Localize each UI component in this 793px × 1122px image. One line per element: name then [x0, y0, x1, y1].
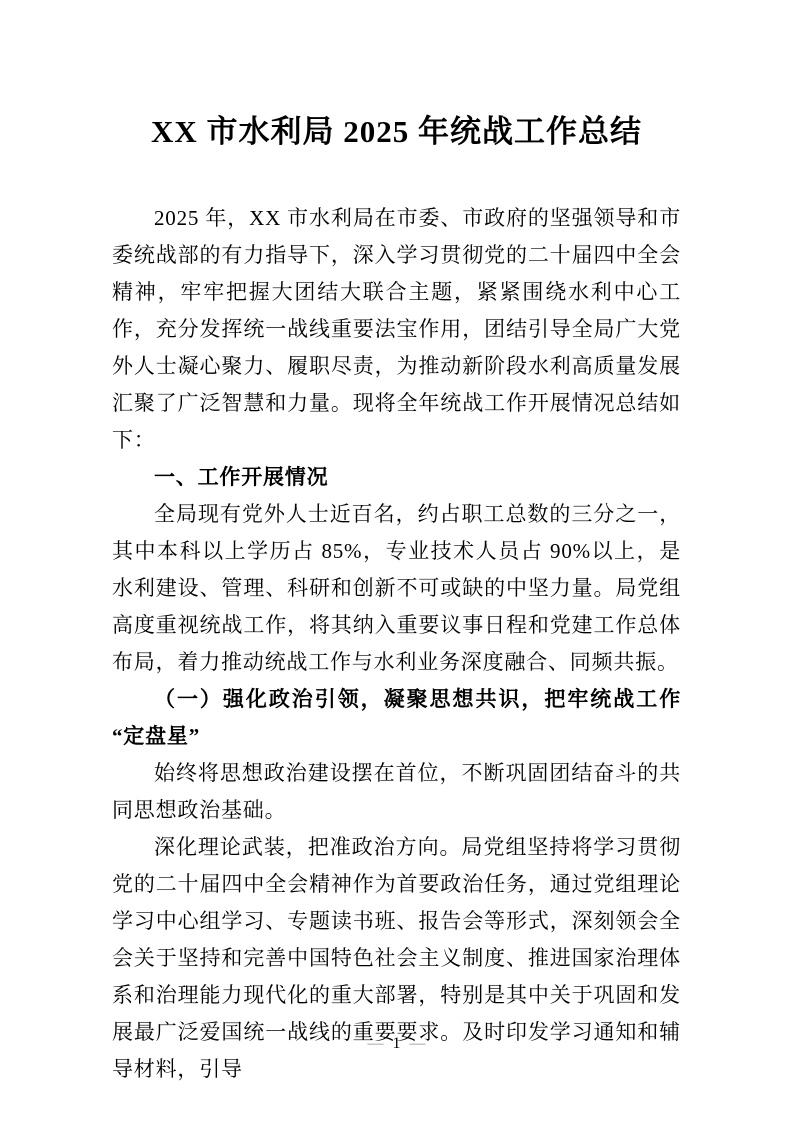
- footer-dash-left: —: [368, 1035, 384, 1052]
- paragraph-overview: 全局现有党外人士近百名，约占职工总数的三分之一，其中本科以上学历占 85%，专业…: [112, 496, 681, 681]
- document-title: XX 市水利局 2025 年统战工作总结: [112, 108, 681, 156]
- document-body: 2025 年，XX 市水利局在市委、市政府的坚强领导和市委统战部的有力指导下，深…: [112, 200, 681, 1088]
- document-page: XX 市水利局 2025 年统战工作总结 2025 年，XX 市水利局在市委、市…: [0, 0, 793, 1122]
- section-heading-work-progress: 一、工作开展情况: [112, 459, 681, 496]
- paragraph-intro: 2025 年，XX 市水利局在市委、市政府的坚强领导和市委统战部的有力指导下，深…: [112, 200, 681, 459]
- paragraph-ideological-basis: 始终将思想政治建设摆在首位，不断巩固团结奋斗的共同思想政治基础。: [112, 755, 681, 829]
- page-footer: —1—: [0, 1032, 793, 1056]
- page-number: 1: [384, 1035, 410, 1052]
- footer-dash-right: —: [410, 1035, 426, 1052]
- subsection-heading-political-guidance: （一）强化政治引领，凝聚思想共识，把牢统战工作“定盘星”: [112, 681, 681, 755]
